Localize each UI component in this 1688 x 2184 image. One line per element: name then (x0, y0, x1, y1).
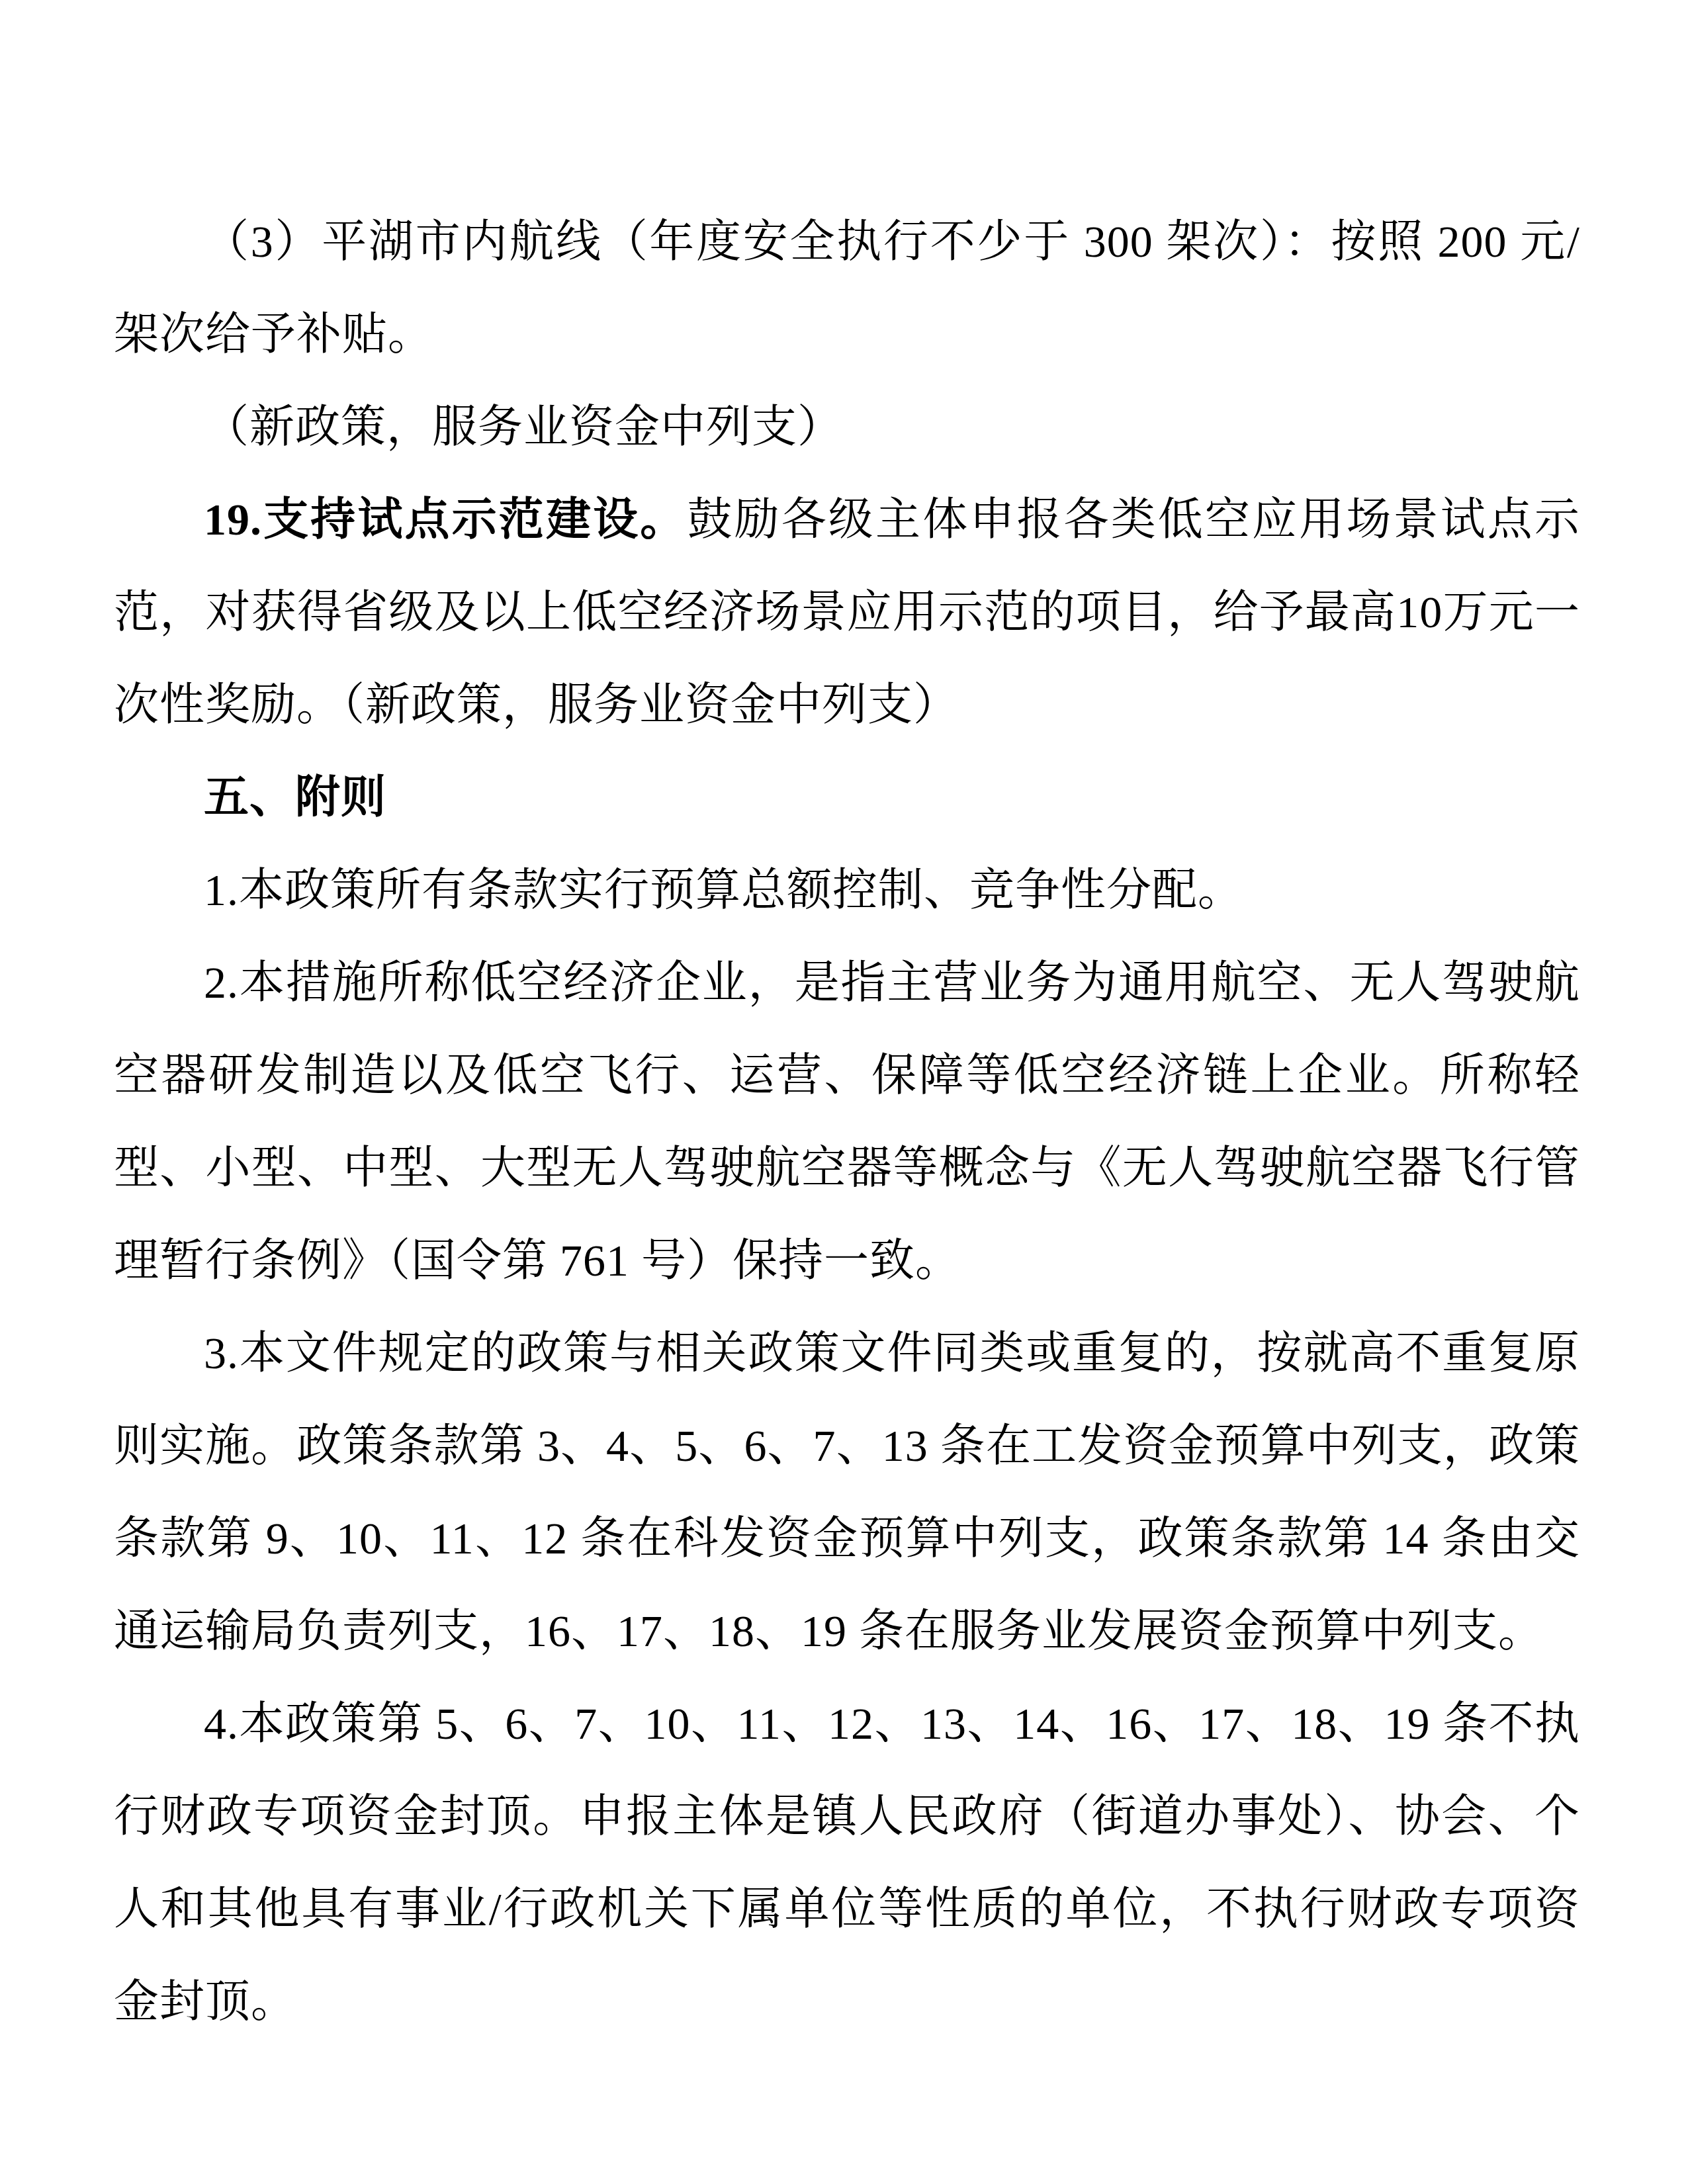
paragraph-funding-note: （新政策，服务业资金中列支） (114, 380, 1580, 473)
paragraph-provision-4: 4.本政策第 5、6、7、10、11、12、13、14、16、17、18、19 … (114, 1677, 1580, 2048)
paragraph-text: 3.本文件规定的政策与相关政策文件同类或重复的，按就高不重复原则实施。政策条款第… (114, 1328, 1580, 1656)
clause-19-bold-title: 19.支持试点示范建设。 (204, 494, 687, 545)
heading-text: 五、附则 (204, 772, 386, 822)
paragraph-text: 2.本措施所称低空经济企业，是指主营业务为通用航空、无人驾驶航空器研发制造以及低… (114, 957, 1580, 1286)
paragraph-subsidy-route-3: （3）平湖市内航线（年度安全执行不少于 300 架次）：按照 200 元/架次给… (114, 195, 1580, 380)
paragraph-text: （新政策，服务业资金中列支） (204, 402, 843, 452)
paragraph-text: （3）平湖市内航线（年度安全执行不少于 300 架次）：按照 200 元/架次给… (114, 216, 1580, 359)
paragraph-clause-19: 19.支持试点示范建设。鼓励各级主体申报各类低空应用场景试点示范，对获得省级及以… (114, 473, 1580, 751)
document-body: （3）平湖市内航线（年度安全执行不少于 300 架次）：按照 200 元/架次给… (114, 195, 1580, 2048)
section-heading-supplementary-provisions: 五、附则 (114, 751, 1580, 844)
paragraph-text: 1.本政策所有条款实行预算总额控制、竞争性分配。 (204, 865, 1243, 915)
document-page: （3）平湖市内航线（年度安全执行不少于 300 架次）：按照 200 元/架次给… (0, 0, 1688, 2184)
paragraph-text: 4.本政策第 5、6、7、10、11、12、13、14、16、17、18、19 … (114, 1698, 1580, 2027)
paragraph-provision-1: 1.本政策所有条款实行预算总额控制、竞争性分配。 (114, 844, 1580, 936)
paragraph-provision-2: 2.本措施所称低空经济企业，是指主营业务为通用航空、无人驾驶航空器研发制造以及低… (114, 936, 1580, 1307)
paragraph-provision-3: 3.本文件规定的政策与相关政策文件同类或重复的，按就高不重复原则实施。政策条款第… (114, 1307, 1580, 1677)
